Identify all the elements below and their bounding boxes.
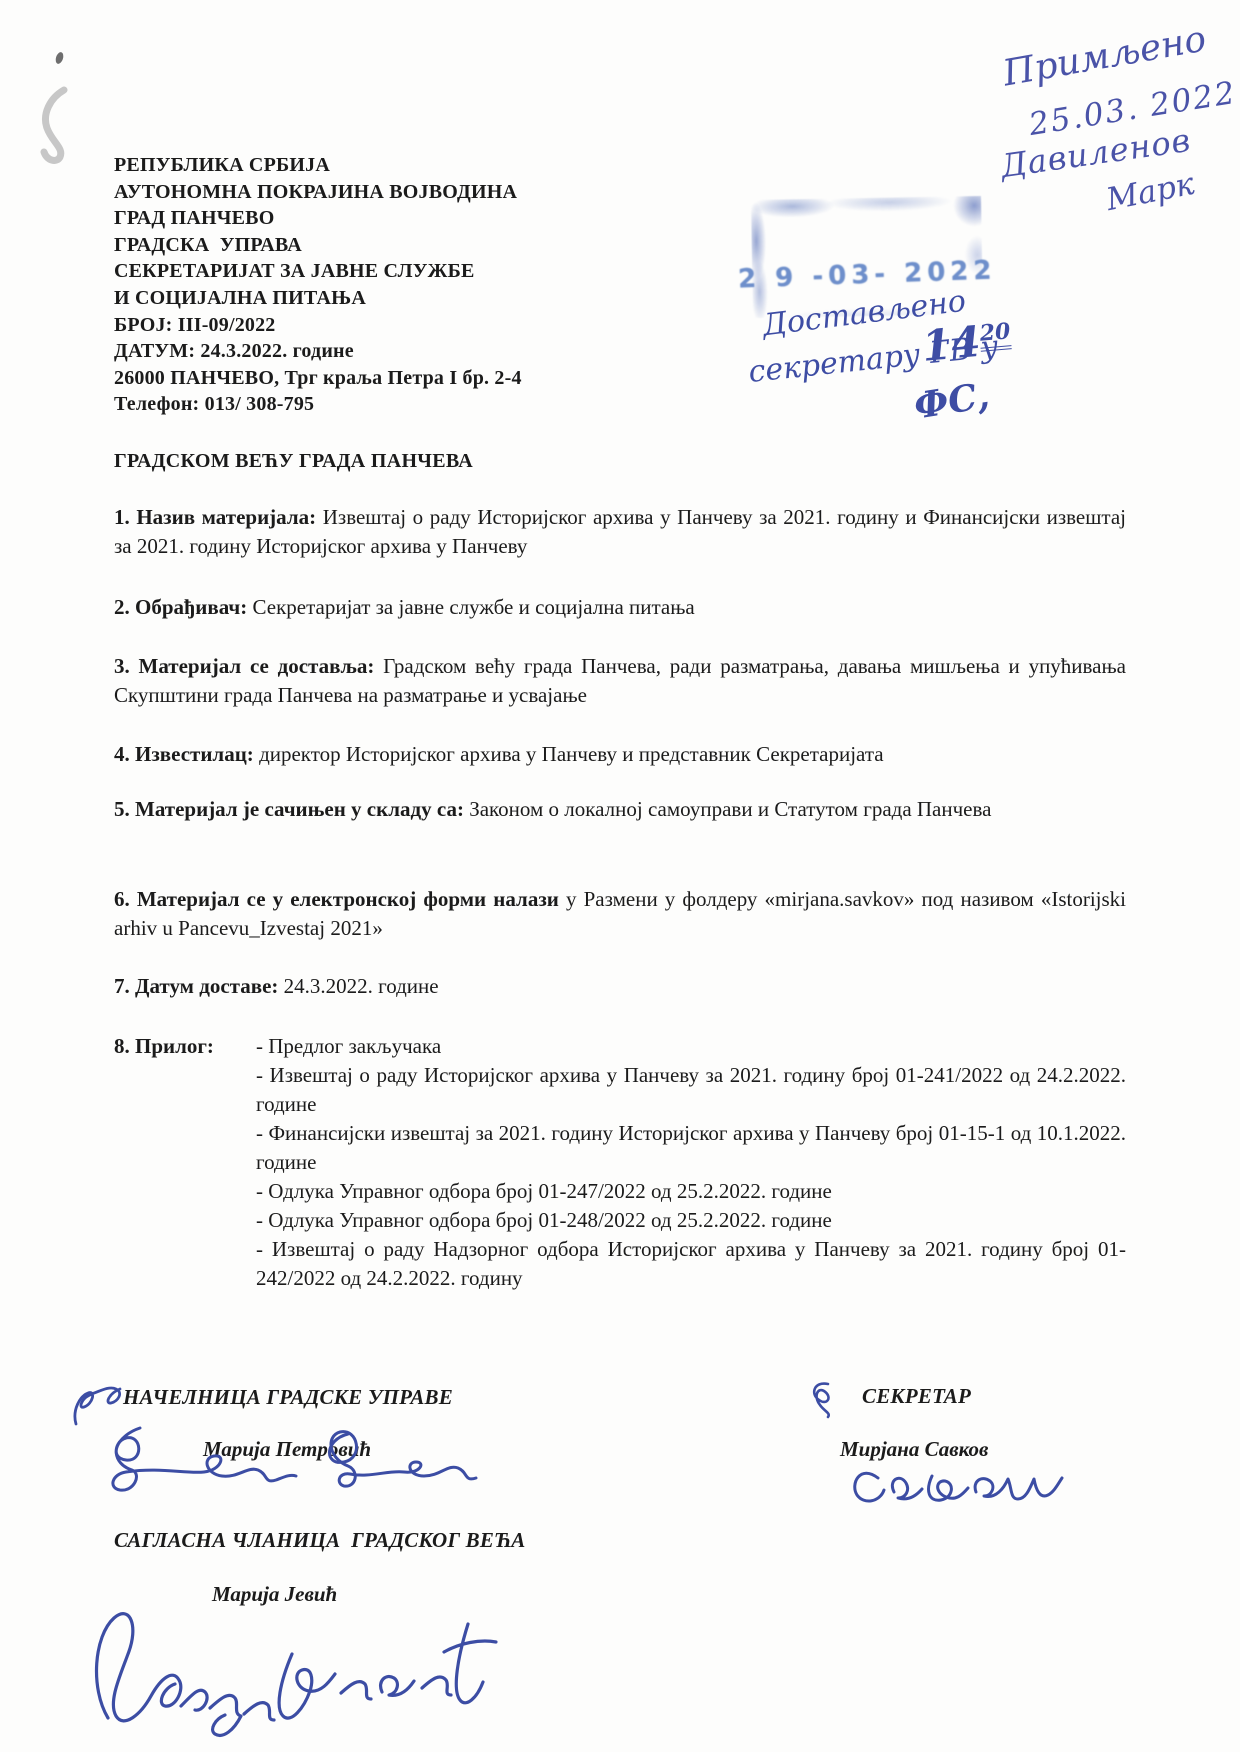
item-7-label: 7. Датум доставе: (114, 974, 278, 998)
letterhead-line: Телефон: 013/ 308-795 (114, 391, 522, 418)
delivery-time-hours: 14 (920, 317, 983, 371)
attachment-item: - Предлог закључака (256, 1032, 1126, 1061)
attachment-item: - Финансијски извештај за 2021. годину И… (256, 1119, 1126, 1177)
attachment-item: - Одлука Управног одбора број 01-248/202… (256, 1206, 1126, 1235)
attachment-item: - Извештај о раду Надзорног одбора Истор… (256, 1235, 1126, 1293)
item-8-attachments: 8. Прилог: - Предлог закључака - Извешта… (114, 1032, 1126, 1293)
delivery-time-minutes: 20 (979, 318, 1012, 352)
handwritten-received-note-line4: Марк (1103, 166, 1197, 218)
consent-title: САГЛАСНА ЧЛАНИЦА ГРАДСКОГ ВЕЋА (114, 1528, 526, 1553)
secretary-curl-mark (806, 1378, 840, 1420)
scan-curl-artifact (34, 86, 78, 170)
item-5-label: 5. Материјал је сачињен у складу са: (114, 797, 464, 821)
item-4-paragraph: 4. Известилац: директор Историјског архи… (114, 740, 1126, 769)
right-signature-title: СЕКРЕТАР (862, 1384, 971, 1409)
attachment-item: - Одлука Управног одбора број 01-247/202… (256, 1177, 1126, 1206)
petrovic-signature (98, 1412, 483, 1512)
item-2-text: Секретаријат за јавне службе и социјална… (247, 595, 695, 619)
item-3-label: 3. Материјал се доставља: (114, 654, 374, 678)
letterhead-line: ГРАДСКА УПРАВА (114, 232, 522, 259)
handwritten-delivery-initials: ФС, (911, 374, 992, 427)
item-2-label: 2. Обрађивач: (114, 595, 247, 619)
item-2-paragraph: 2. Обрађивач: Секретаријат за јавне служ… (114, 593, 1126, 622)
letterhead-line: РЕПУБЛИКА СРБИЈА (114, 152, 522, 179)
item-5-text: Законом о локалној самоуправи и Статутом… (464, 797, 992, 821)
attachment-list: - Предлог закључака - Извештај о раду Ис… (256, 1032, 1126, 1293)
savkov-signature (848, 1458, 1068, 1510)
item-4-label: 4. Известилац: (114, 742, 254, 766)
letterhead-line: АУТОНОМНА ПОКРАЈИНА ВОЈВОДИНА (114, 179, 522, 206)
jevic-signature (80, 1596, 520, 1746)
addressee-line: ГРАДСКОМ ВЕЋУ ГРАДА ПАНЧЕВА (114, 450, 473, 473)
letterhead-line: И СОЦИЈАЛНА ПИТАЊА (114, 285, 522, 312)
item-7-text: 24.3.2022. године (278, 974, 438, 998)
item-5-paragraph: 5. Материјал је сачињен у складу са: Зак… (114, 795, 1126, 824)
letterhead-line: БРОЈ: III-09/2022 (114, 312, 522, 339)
handwritten-delivery-time: 1420 (920, 314, 1013, 371)
item-3-paragraph: 3. Материјал се доставља: Градском већу … (114, 652, 1126, 710)
item-6-paragraph: 6. Материјал се у електронској форми нал… (114, 885, 1126, 943)
attachment-item: - Извештај о раду Историјског архива у П… (256, 1061, 1126, 1119)
letterhead-line: ГРАД ПАНЧЕВО (114, 205, 522, 232)
scanned-document-page: Примљено 25.03. 2022. Давиленов Марк 2 9… (0, 0, 1240, 1752)
letterhead-line: СЕКРЕТАРИЈАТ ЗА ЈАВНЕ СЛУЖБЕ (114, 258, 522, 285)
letterhead-line: ДАТУМ: 24.3.2022. године (114, 338, 522, 365)
item-1-label: 1. Назив материјала: (114, 505, 316, 529)
item-7-paragraph: 7. Датум доставе: 24.3.2022. године (114, 972, 1126, 1001)
scan-speck-artifact (54, 51, 64, 65)
left-signature-title: НАЧЕЛНИЦА ГРАДСКЕ УПРАВЕ (123, 1385, 453, 1410)
letterhead-line: 26000 ПАНЧЕВО, Трг краља Петра I бр. 2-4 (114, 365, 522, 392)
item-8-label: 8. Прилог: (114, 1032, 256, 1293)
item-1-paragraph: 1. Назив материјала: Извештај о раду Ист… (114, 503, 1126, 561)
letterhead: РЕПУБЛИКА СРБИЈА АУТОНОМНА ПОКРАЈИНА ВОЈ… (114, 152, 522, 418)
item-4-text: директор Историјског архива у Панчеву и … (254, 742, 884, 766)
item-6-label: 6. Материјал се у електронској форми нал… (114, 887, 559, 911)
